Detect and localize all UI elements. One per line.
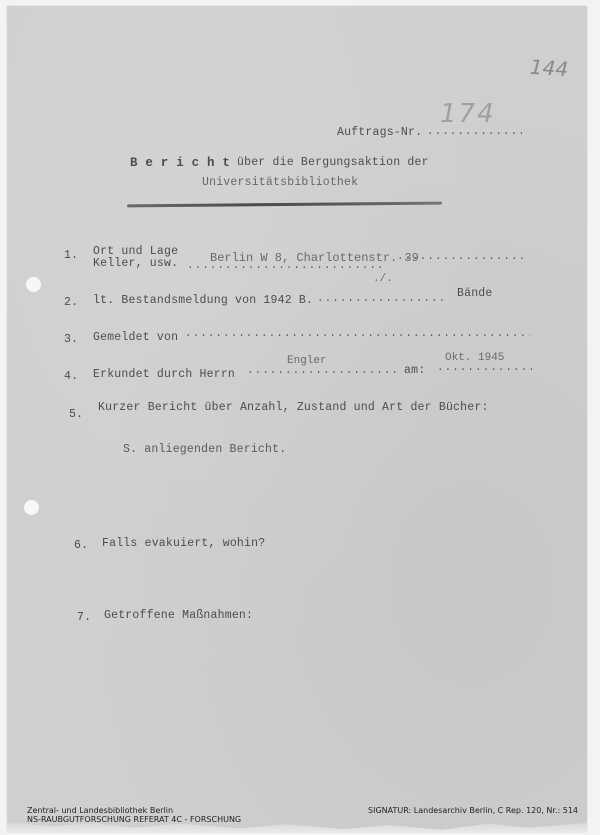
order-number-field: ..................	[427, 126, 522, 138]
item-2-number: 2.	[64, 296, 78, 309]
item-3-dotted-line: ........................................…	[185, 328, 530, 340]
footer-institution-name: Zentral- und Landesbibliothek Berlin	[27, 806, 241, 815]
item-3-label: Gemeldet von	[93, 331, 178, 344]
item-2-value: ./.	[373, 273, 393, 285]
order-number-label: Auftrags-Nr.	[337, 126, 422, 139]
footer-department: NS-RAUBGUTFORSCHUNG REFERAT 4C - FORSCHU…	[27, 815, 241, 824]
item-5-number: 5.	[69, 408, 83, 421]
item-7-label: Getroffene Maßnahmen:	[104, 609, 253, 622]
handwritten-page-number: 144	[529, 55, 569, 82]
report-subtitle: Universitätsbibliothek	[202, 176, 358, 189]
report-title-spaced: B e r i c h t	[130, 156, 230, 170]
item-1-label-line2: Keller, usw.	[93, 257, 178, 270]
item-2-suffix: Bände	[457, 287, 493, 300]
item-1-dotted-line-a: ......................	[397, 251, 527, 263]
item-4-date-label: am:	[404, 364, 425, 377]
item-5-answer: S. anliegenden Bericht.	[123, 443, 286, 456]
document-page: 144 174 Auftrags-Nr. .................. …	[7, 6, 587, 832]
footer-institution: Zentral- und Landesbibliothek Berlin NS-…	[27, 806, 241, 824]
item-7-number: 7.	[77, 611, 91, 624]
item-1-dotted-line-b: .................................	[187, 260, 387, 272]
item-4-date-dotted-line: ................	[437, 362, 532, 374]
item-6-number: 6.	[74, 539, 88, 552]
item-1-number: 1.	[64, 249, 78, 262]
item-3-number: 3.	[64, 333, 78, 346]
punch-hole-bottom	[24, 500, 39, 515]
item-2-dotted-line: .......................	[317, 293, 445, 305]
handwritten-order-number: 174	[440, 99, 496, 129]
item-4-number: 4.	[64, 370, 78, 383]
footer-signature: SIGNATUR: Landesarchiv Berlin, C Rep. 12…	[368, 806, 578, 815]
punch-hole-top	[26, 277, 41, 292]
item-6-label: Falls evakuiert, wohin?	[102, 537, 265, 550]
report-title-rest: über die Bergungsaktion der	[237, 156, 429, 169]
item-5-label: Kurzer Bericht über Anzahl, Zustand und …	[98, 401, 489, 414]
item-4-dotted-line: .........................	[247, 365, 397, 377]
item-2-label: lt. Bestandsmeldung von 1942 B.	[93, 294, 313, 307]
item-4-label: Erkundet durch Herrn	[93, 368, 235, 381]
title-underline	[127, 202, 442, 208]
